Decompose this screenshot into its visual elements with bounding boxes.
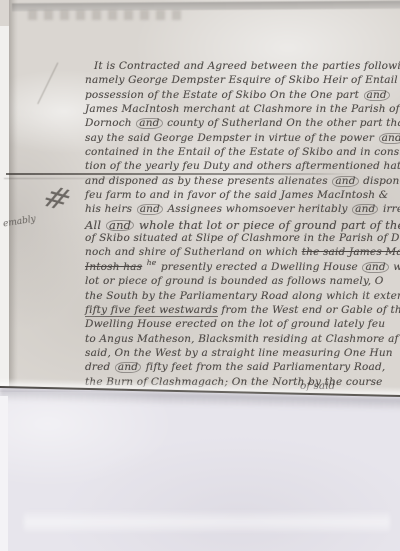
- manuscript-line: said, On the West by a straight line mea…: [85, 347, 400, 361]
- manuscript-line: say the said George Dempster in virtue o…: [85, 132, 400, 146]
- manuscript-line: feu farm to and in favor of the said Jam…: [85, 189, 400, 203]
- handwritten-text-block: It is Contracted and Agreed between the …: [85, 60, 400, 390]
- ink-bleedthrough: [28, 10, 188, 20]
- manuscript-line: lot or piece of ground is bounded as fol…: [85, 275, 400, 289]
- manuscript-line: Dwelling House erected on the lot of gro…: [85, 318, 400, 332]
- manuscript-line: contained in the Entail of the Estate of…: [85, 146, 400, 160]
- page-left-edge: [0, 26, 9, 398]
- scanned-manuscript-page: { "document": { "ink_color": "#3f3b38", …: [0, 0, 400, 551]
- manuscript-line: Intosh has he presently erected a Dwelli…: [85, 261, 400, 275]
- lower-page-left-edge: [0, 396, 8, 551]
- lower-page-highlight-band: [24, 512, 390, 532]
- ink-smudge: [37, 62, 81, 115]
- manuscript-line: to Angus Matheson, Blacksmith residing a…: [85, 333, 400, 347]
- manuscript-line: and disponed as by these presents aliena…: [85, 175, 400, 189]
- left-crease-shadow: [9, 0, 18, 398]
- manuscript-line: fifty five feet westwards from the West …: [85, 304, 400, 318]
- manuscript-line: It is Contracted and Agreed between the …: [85, 60, 400, 74]
- manuscript-line: noch and shire of Sutherland on which th…: [85, 246, 400, 260]
- written-page: # emably It is Contracted and Agreed bet…: [0, 0, 400, 398]
- manuscript-line: the South by the Parliamentary Road alon…: [85, 290, 400, 304]
- manuscript-line: James MacIntosh merchant at Clashmore in…: [85, 103, 400, 117]
- manuscript-line: possession of the Estate of Skibo On the…: [85, 89, 400, 103]
- manuscript-line: dred and fifty feet from the said Parlia…: [85, 361, 400, 375]
- manuscript-line: of Skibo situated at Slipe of Clashmore …: [85, 232, 400, 246]
- manuscript-line: Dornoch and county of Sutherland On the …: [85, 117, 400, 131]
- manuscript-line: namely George Dempster Esquire of Skibo …: [85, 74, 400, 88]
- manuscript-line: tion of the yearly feu Duty and others a…: [85, 160, 400, 174]
- manuscript-line: All and whole that lot or piece of groun…: [85, 218, 400, 232]
- insertion-hash-mark: #: [36, 180, 77, 219]
- manuscript-line: his heirs and Assignees whomsoever herit…: [85, 203, 400, 217]
